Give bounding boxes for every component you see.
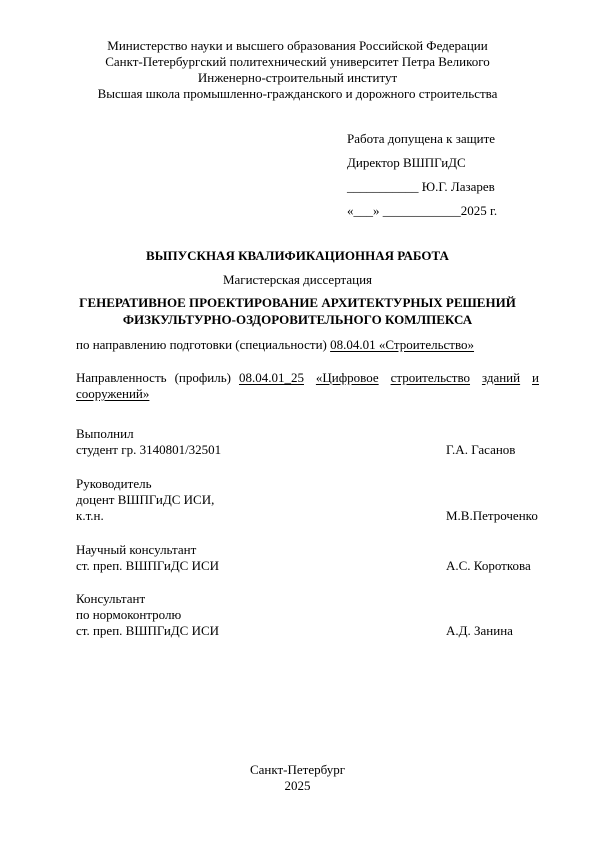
role-line: по нормоконтролю: [76, 607, 546, 623]
profile-value-continued: сооружений»: [76, 386, 149, 401]
signature-norm-control-consultant: Консультант по нормоконтролю ст. преп. В…: [76, 591, 546, 639]
signatory-name: А.Д. Занина: [446, 623, 513, 639]
university-line: Санкт-Петербургский политехнический унив…: [0, 54, 595, 70]
approval-block: Работа допущена к защите Директор ВШПГиД…: [347, 127, 497, 223]
institution-header: Министерство науки и высшего образования…: [0, 38, 595, 102]
role-line: Руководитель: [76, 476, 546, 492]
profile-block: Направленность (профиль) 08.04.01_25 «Ци…: [76, 370, 539, 402]
direction-line: по направлению подготовки (специальности…: [76, 337, 474, 353]
thesis-title-line-2: ФИЗКУЛЬТУРНО-ОЗДОРОВИТЕЛЬНОГО КОМЛПЕКСА: [0, 311, 595, 328]
profile-value-word: зданий: [482, 370, 520, 386]
role-line: Выполнил: [76, 426, 546, 442]
institute-line: Инженерно-строительный институт: [0, 70, 595, 86]
signature-supervisor: Руководитель доцент ВШПГиДС ИСИ, к.т.н. …: [76, 476, 546, 524]
role-line: доцент ВШПГиДС ИСИ,: [76, 492, 546, 508]
signatory-name: Г.А. Гасанов: [446, 442, 515, 458]
profile-row-1: Направленность (профиль) 08.04.01_25 «Ци…: [76, 370, 539, 386]
work-type-heading: ВЫПУСКНАЯ КВАЛИФИКАЦИОННАЯ РАБОТА: [0, 248, 595, 264]
footer-city: Санкт-Петербург: [0, 762, 595, 778]
approval-line-date: «___» ____________2025 г.: [347, 199, 497, 223]
signatory-name: А.С. Короткова: [446, 558, 531, 574]
thesis-title: ГЕНЕРАТИВНОЕ ПРОЕКТИРОВАНИЕ АРХИТЕКТУРНЫ…: [0, 294, 595, 328]
direction-value: 08.04.01 «Строительство»: [330, 337, 474, 352]
profile-value-word: «Цифровое: [316, 370, 379, 386]
profile-value-word: строительство: [391, 370, 470, 386]
signature-performer: Выполнил студент гр. 3140801/32501 Г.А. …: [76, 426, 546, 458]
profile-value-word: 08.04.01_25: [239, 370, 304, 386]
profile-value: 08.04.01_25 «Цифровое строительство здан…: [239, 370, 539, 386]
thesis-title-line-1: ГЕНЕРАТИВНОЕ ПРОЕКТИРОВАНИЕ АРХИТЕКТУРНЫ…: [0, 294, 595, 311]
footer-year: 2025: [0, 778, 595, 794]
signatory-name: М.В.Петроченко: [446, 508, 538, 524]
approval-line-admitted: Работа допущена к защите: [347, 127, 497, 151]
profile-value-word: и: [532, 370, 539, 386]
profile-row-2: сооружений»: [76, 386, 539, 402]
approval-line-signature: ___________ Ю.Г. Лазарев: [347, 175, 497, 199]
footer: Санкт-Петербург 2025: [0, 762, 595, 794]
school-line: Высшая школа промышленно-гражданского и …: [0, 86, 595, 102]
profile-label-word: (профиль): [175, 370, 231, 386]
role-line: Консультант: [76, 591, 546, 607]
approval-line-director: Директор ВШПГиДС: [347, 151, 497, 175]
profile-label-word: Направленность: [76, 370, 167, 386]
role-line: Научный консультант: [76, 542, 546, 558]
direction-prefix: по направлению подготовки (специальности…: [76, 337, 330, 352]
ministry-line: Министерство науки и высшего образования…: [0, 38, 595, 54]
signature-scientific-consultant: Научный консультант ст. преп. ВШПГиДС ИС…: [76, 542, 546, 574]
thesis-type: Магистерская диссертация: [0, 272, 595, 288]
